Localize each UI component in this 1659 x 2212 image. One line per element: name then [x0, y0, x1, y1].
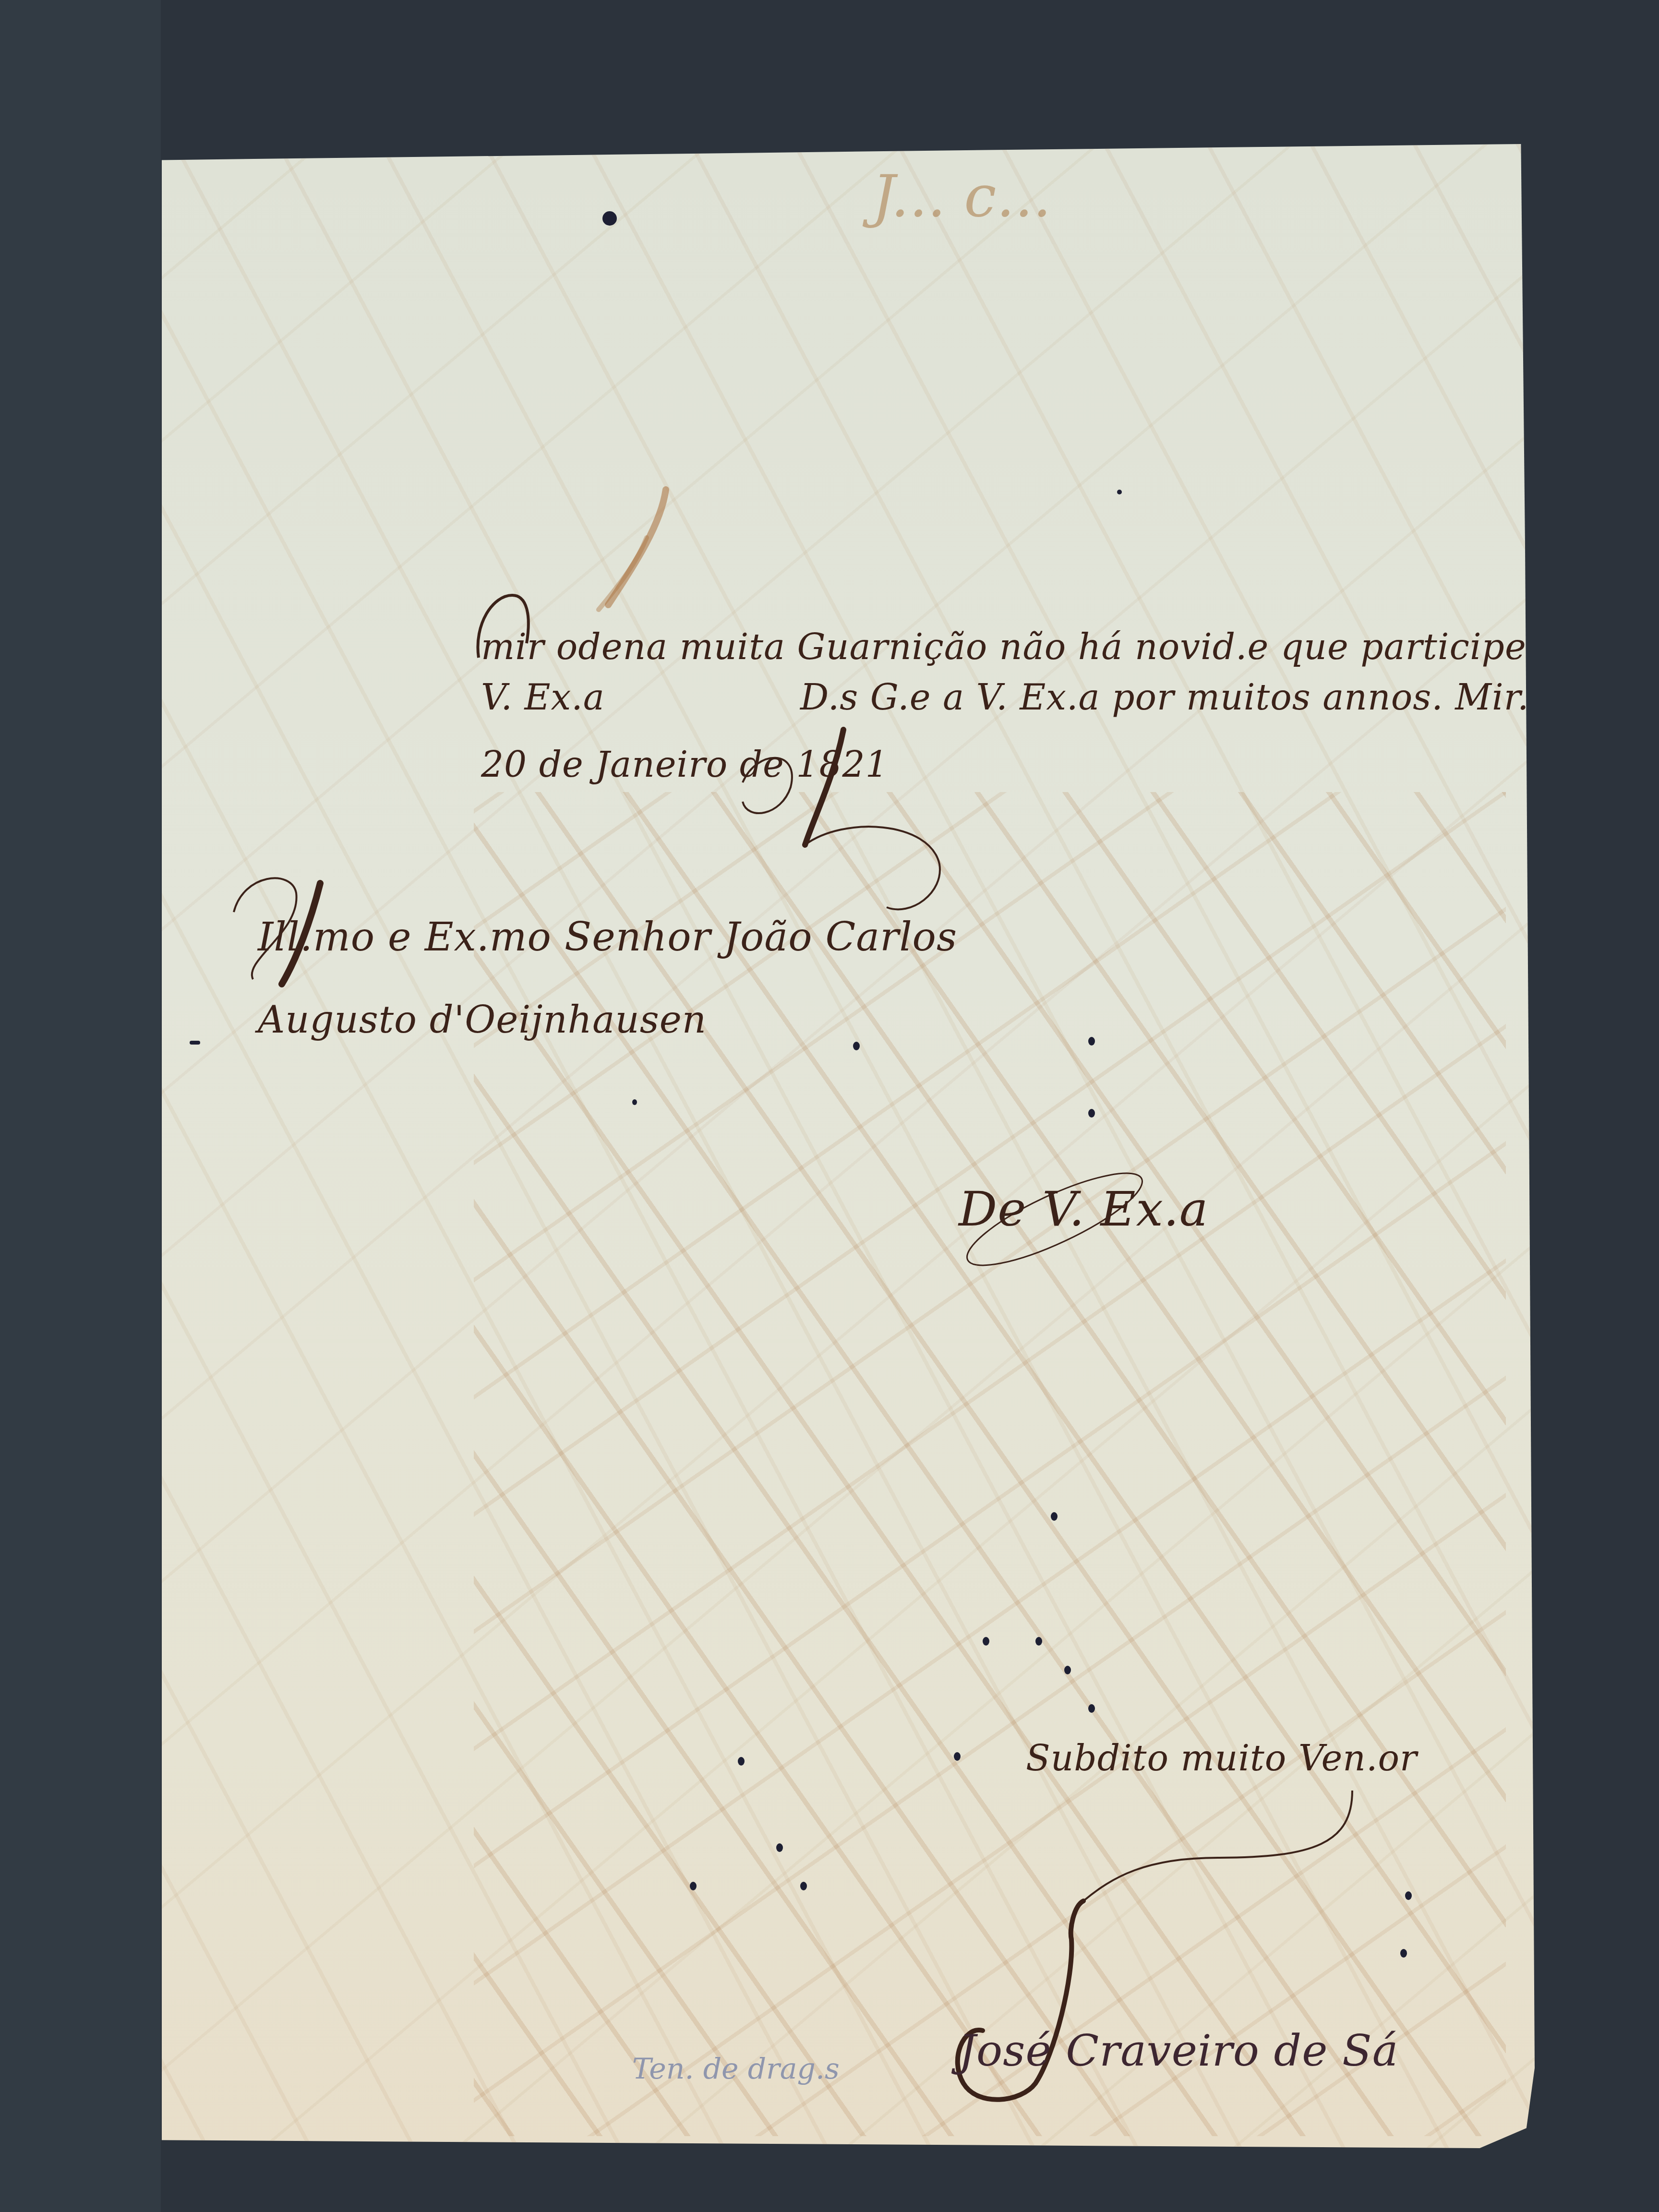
- ink-dot: [776, 1843, 783, 1852]
- ink-bleed-through: [162, 144, 1535, 2148]
- addressee-line-1: Ill.mo e Ex.mo Senhor João Carlos: [258, 914, 957, 960]
- letter-body-line-1: mir odena muita Guarnição não há novid.e…: [481, 626, 1560, 668]
- letter-body-line-2-right: D.s G.e a V. Ex.a por muitos annos. Mir.…: [800, 677, 1574, 718]
- ink-dot: [954, 1752, 961, 1761]
- ink-dot: [738, 1757, 745, 1766]
- ink-dot: [1088, 1109, 1095, 1118]
- letter-date-line: 20 de Janeiro de 1821: [481, 744, 889, 785]
- ink-dot: [983, 1637, 989, 1646]
- ink-dot: [800, 1882, 807, 1890]
- stray-mark: [190, 1041, 200, 1045]
- ink-dot: [1405, 1891, 1412, 1900]
- ink-dot: [1400, 1949, 1407, 1958]
- ink-dot: [1035, 1637, 1042, 1646]
- ink-dot: [1051, 1512, 1058, 1521]
- ink-dot: [1064, 1666, 1071, 1674]
- faded-stroke: [589, 480, 685, 614]
- valediction: Subdito muito Ven.or: [1026, 1738, 1417, 1779]
- ink-dot: [1088, 1037, 1095, 1046]
- ink-dot: [690, 1882, 697, 1890]
- ink-dot: [632, 1099, 637, 1105]
- addressee-line-2: Augusto d'Oeijnhausen: [258, 998, 707, 1042]
- ink-dot: [1088, 1704, 1095, 1713]
- manuscript-page: J... c... mir odena muita Guarnição não …: [162, 144, 1535, 2148]
- ink-dot: [602, 211, 617, 226]
- scanner-background-left: [0, 0, 161, 2212]
- signature: José Craveiro de Sá: [959, 2026, 1398, 2076]
- ink-dot: [853, 1042, 860, 1050]
- faded-header-text: J... c...: [872, 163, 1051, 230]
- closing-abbreviation: De V. Ex.a: [959, 1181, 1208, 1237]
- ink-dot: [1117, 490, 1122, 494]
- pencil-annotation: Ten. de drag.s: [632, 2052, 840, 2086]
- letter-body-line-2-left: V. Ex.a: [481, 677, 605, 718]
- ink-bleed-through-dense: [474, 792, 1506, 2136]
